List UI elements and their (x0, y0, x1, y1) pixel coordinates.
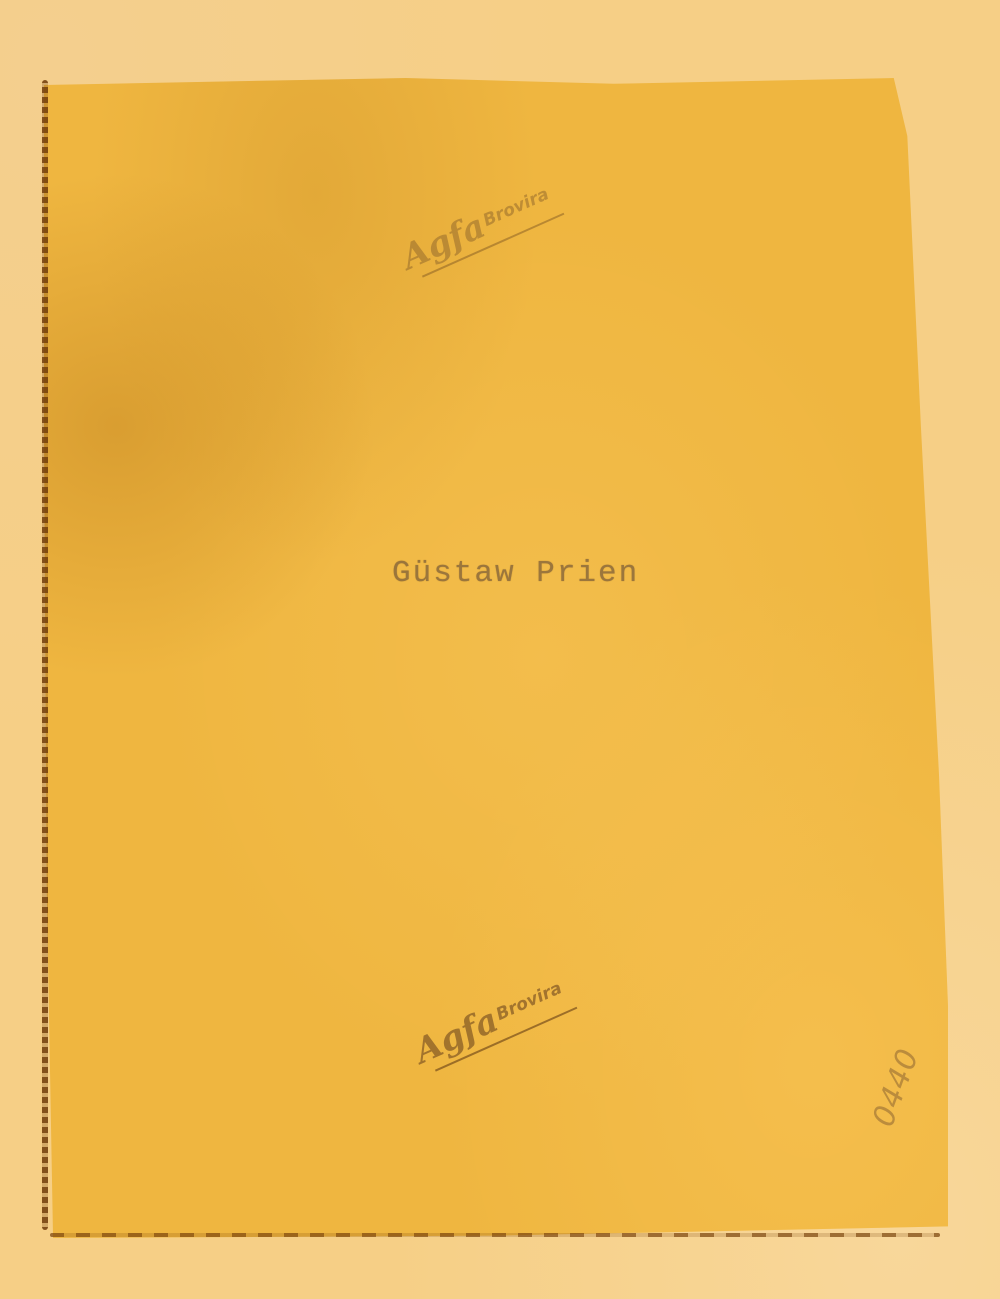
deckled-edge-left (42, 80, 48, 1230)
photo-scene: AgfaBrovira Güstaw Prien AgfaBrovira 044… (0, 0, 1000, 1299)
deckled-edge-bottom (50, 1233, 940, 1237)
photo-print-back (44, 78, 948, 1238)
typed-name: Güstaw Prien (392, 556, 639, 591)
